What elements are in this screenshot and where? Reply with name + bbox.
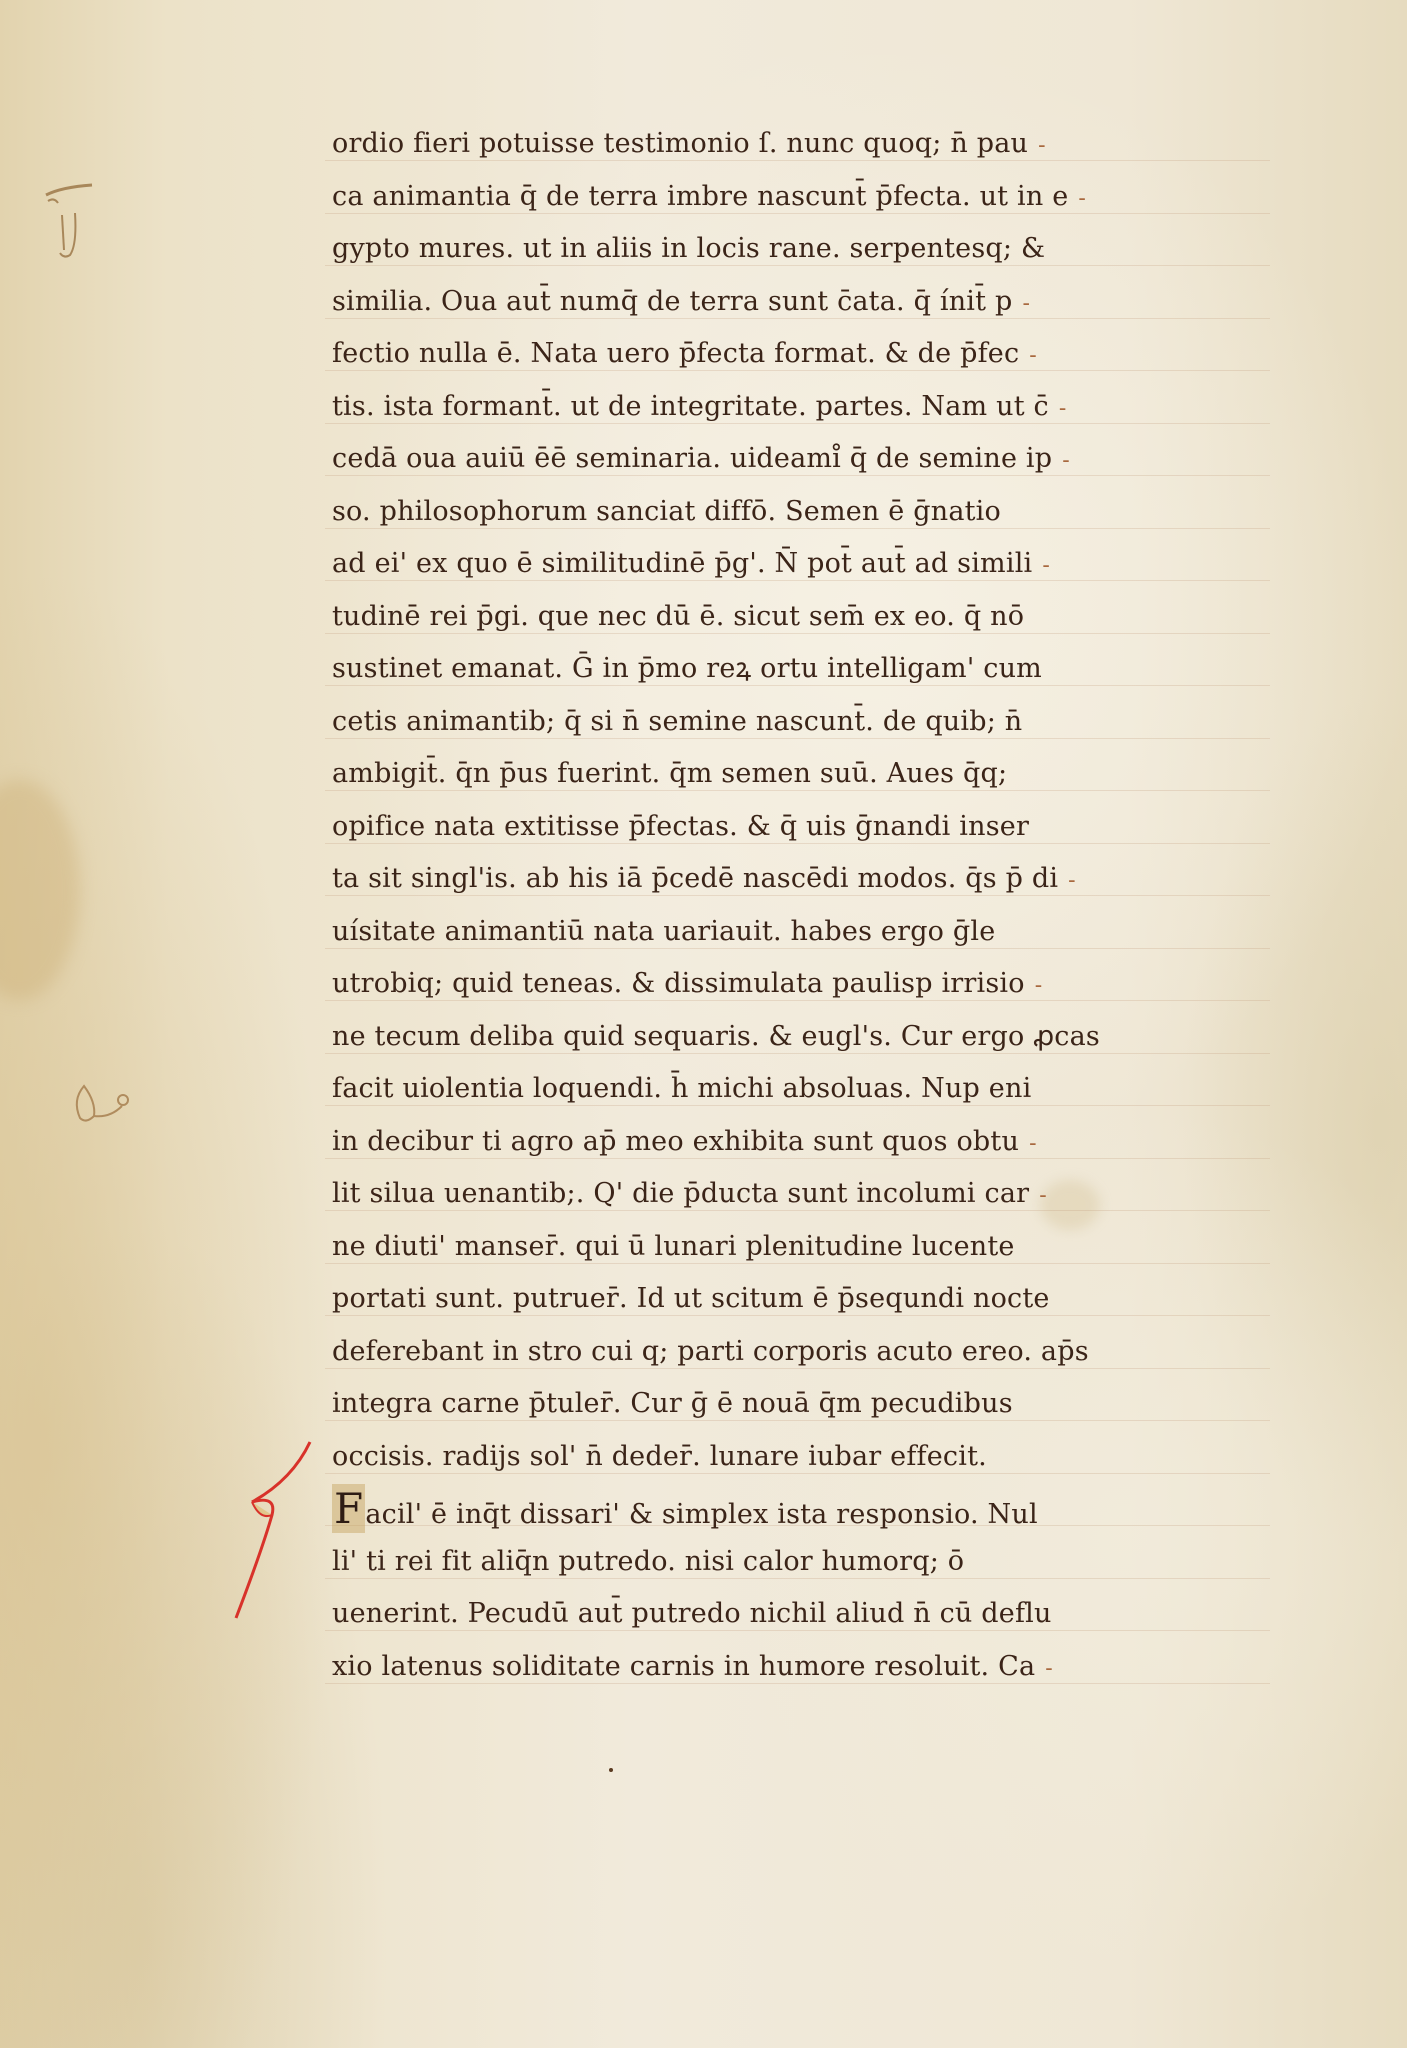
red-flourish-icon: [232, 1440, 322, 1620]
line-end-hyphen: -: [1045, 1656, 1053, 1681]
line-end-hyphen: -: [1039, 1183, 1047, 1208]
text-line: fectio nulla ē. Nata uero p̄fecta format…: [332, 328, 1262, 381]
text-line: portati sunt. putruer̄. Id ut scitum ē p…: [332, 1273, 1262, 1326]
text-line: tudinē rei p̄gi. que nec dū ē. sicut sem…: [332, 591, 1262, 644]
line-end-hyphen: -: [1059, 396, 1067, 421]
line-end-hyphen: -: [1022, 291, 1030, 316]
line-text: ad ei' ex quo ē similitudinē p̄g'. N̄ po…: [332, 548, 1032, 579]
line-text: portati sunt. putruer̄. Id ut scitum ē p…: [332, 1283, 1050, 1314]
line-end-hyphen: -: [1035, 973, 1043, 998]
line-text: gypto mures. ut in aliis in locis rane. …: [332, 233, 1045, 264]
rubric-paragraph-mark: [232, 1440, 322, 1625]
line-text: cedā oua auiū ēē seminaria. uideami̊ q̄ …: [332, 443, 1052, 474]
text-line: cedā oua auiū ēē seminaria. uideami̊ q̄ …: [332, 433, 1262, 486]
line-text: cetis animantib; q̄ si n̄ semine nascunt…: [332, 706, 1022, 737]
text-line: Facil' ē inq̄t dissari' & simplex ista r…: [332, 1483, 1262, 1536]
line-text: facit uiolentia loquendi. h̄ michi absol…: [332, 1073, 1031, 1104]
line-text: ta sit singl'is. ab his iā p̄cedē nascēd…: [332, 863, 1058, 894]
text-line: gypto mures. ut in aliis in locis rane. …: [332, 223, 1262, 276]
line-end-hyphen: -: [1029, 1131, 1037, 1156]
line-text: ambigit̄. q̄n p̄us fuerint. q̄m semen su…: [332, 758, 1007, 789]
text-line: occisis. radijs sol' n̄ deder̄. lunare i…: [332, 1431, 1262, 1484]
manuscript-text-column: ordio fieri potuisse testimonio ſ. nunc …: [332, 118, 1262, 1693]
text-line: ne diuti' manser̄. qui ū lunari plenitud…: [332, 1221, 1262, 1274]
line-end-hyphen: -: [1078, 186, 1086, 211]
text-line: ad ei' ex quo ē similitudinē p̄g'. N̄ po…: [332, 538, 1262, 591]
line-text: ne tecum deliba quid sequaris. & eugl's.…: [332, 1021, 1100, 1052]
line-text: utrobiq; quid teneas. & dissimulata paul…: [332, 968, 1025, 999]
text-line: sustinet emanat. Ḡ in p̄mo reꝝ ortu inte…: [332, 643, 1262, 696]
line-end-hyphen: -: [1042, 553, 1050, 578]
margin-glyph-icon: [70, 1080, 140, 1130]
text-line: similia. Oua aut̄ numq̄ de terra sunt c̄…: [332, 276, 1262, 329]
text-line: utrobiq; quid teneas. & dissimulata paul…: [332, 958, 1262, 1011]
line-text: opifice nata extitisse p̄fectas. & q̄ ui…: [332, 811, 1029, 842]
line-text: ca animantia q̄ de terra imbre nascunt̄ …: [332, 181, 1068, 212]
line-text: uísitate animantiū nata uariauit. habes …: [332, 916, 995, 947]
line-text: ordio fieri potuisse testimonio ſ. nunc …: [332, 128, 1028, 159]
text-line: ta sit singl'is. ab his iā p̄cedē nascēd…: [332, 853, 1262, 906]
line-text: uenerint. Pecudū aut̄ putredo nichil ali…: [332, 1598, 1052, 1629]
line-text: acil' ē inq̄t dissari' & simplex ista re…: [365, 1499, 1037, 1530]
line-text: similia. Oua aut̄ numq̄ de terra sunt c̄…: [332, 286, 1012, 317]
line-text: lit silua uenantib;. Q' die p̄ducta sunt…: [332, 1178, 1029, 1209]
line-end-hyphen: -: [1068, 868, 1076, 893]
text-line: opifice nata extitisse p̄fectas. & q̄ ui…: [332, 801, 1262, 854]
line-text: tudinē rei p̄gi. que nec dū ē. sicut sem…: [332, 601, 1024, 632]
margin-note-top-left: [42, 175, 102, 265]
text-line: cetis animantib; q̄ si n̄ semine nascunt…: [332, 696, 1262, 749]
line-end-hyphen: -: [1062, 448, 1070, 473]
text-line: in decibur ti agro ap̄ meo exhibita sunt…: [332, 1116, 1262, 1169]
line-text: fectio nulla ē. Nata uero p̄fecta format…: [332, 338, 1019, 369]
line-text: so. philosophorum sanciat diffō. Semen ē…: [332, 496, 1001, 527]
text-line: so. philosophorum sanciat diffō. Semen ē…: [332, 486, 1262, 539]
text-line: ambigit̄. q̄n p̄us fuerint. q̄m semen su…: [332, 748, 1262, 801]
decorated-initial: F: [332, 1484, 365, 1533]
line-text: in decibur ti agro ap̄ meo exhibita sunt…: [332, 1126, 1019, 1157]
text-line: tis. ista formant̄. ut de integritate. p…: [332, 381, 1262, 434]
line-text: xio latenus soliditate carnis in humore …: [332, 1651, 1035, 1682]
text-line: ne tecum deliba quid sequaris. & eugl's.…: [332, 1011, 1262, 1064]
line-text: ne diuti' manser̄. qui ū lunari plenitud…: [332, 1231, 1015, 1262]
margin-note-middle-left: [70, 1080, 140, 1130]
text-line: li' ti rei fit aliq̄n putredo. nisi calo…: [332, 1536, 1262, 1589]
line-text: li' ti rei fit aliq̄n putredo. nisi calo…: [332, 1546, 964, 1577]
margin-glyph-icon: [42, 175, 102, 265]
line-end-hyphen: -: [1038, 133, 1046, 158]
text-line: facit uiolentia loquendi. h̄ michi absol…: [332, 1063, 1262, 1116]
line-end-hyphen: -: [1029, 343, 1037, 368]
text-line: xio latenus soliditate carnis in humore …: [332, 1641, 1262, 1694]
text-line: lit silua uenantib;. Q' die p̄ducta sunt…: [332, 1168, 1262, 1221]
ink-speck: [609, 1768, 613, 1772]
line-text: tis. ista formant̄. ut de integritate. p…: [332, 391, 1049, 422]
line-text: deferebant in stro cui q; parti corporis…: [332, 1336, 1089, 1367]
text-line: deferebant in stro cui q; parti corporis…: [332, 1326, 1262, 1379]
line-text: occisis. radijs sol' n̄ deder̄. lunare i…: [332, 1441, 987, 1472]
line-text: integra carne p̄tuler̄. Cur ḡ ē nouā q̄m…: [332, 1388, 1013, 1419]
text-line: uenerint. Pecudū aut̄ putredo nichil ali…: [332, 1588, 1262, 1641]
line-text: sustinet emanat. Ḡ in p̄mo reꝝ ortu inte…: [332, 653, 1042, 684]
text-line: uísitate animantiū nata uariauit. habes …: [332, 906, 1262, 959]
text-line: ca animantia q̄ de terra imbre nascunt̄ …: [332, 171, 1262, 224]
text-line: integra carne p̄tuler̄. Cur ḡ ē nouā q̄m…: [332, 1378, 1262, 1431]
text-line: ordio fieri potuisse testimonio ſ. nunc …: [332, 118, 1262, 171]
